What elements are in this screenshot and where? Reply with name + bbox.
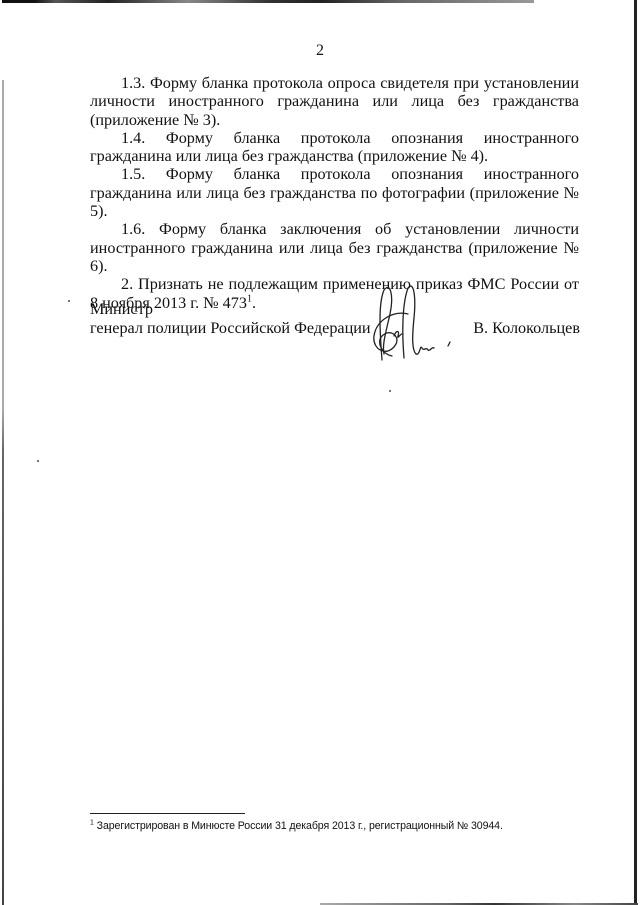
signature-block: Министр генерал полиции Российской Федер… [90,300,580,370]
scan-edge-top [2,0,534,3]
paragraph-1-5: 1.5. Форму бланка протокола опознания ин… [90,165,579,220]
scan-speck [68,300,70,302]
footnote-marker: 1 [90,819,94,826]
footnote-separator [90,813,245,814]
paragraph-1-4: 1.4. Форму бланка протокола опознания ин… [90,129,579,166]
document-body: 1.3. Форму бланка протокола опроса свиде… [90,74,579,312]
scan-speck [389,390,391,392]
signatory-organization: генерал полиции Российской Федерации [90,319,371,337]
signatory-title: Министр [90,300,153,318]
signature-scribble-icon [364,284,474,364]
signatory-name: В. Колокольцев [473,319,580,337]
paragraph-1-3: 1.3. Форму бланка протокола опроса свиде… [90,74,579,129]
footnote-text: Зарегистрирован в Минюсте России 31 дека… [97,820,503,832]
footnote: 1 Зарегистрирован в Минюсте России 31 де… [90,820,503,832]
page-number: 2 [0,42,640,60]
scan-edge-left [2,80,4,905]
scan-edge-right [634,0,637,905]
scan-speck [37,460,39,462]
paragraph-1-6: 1.6. Форму бланка заключения об установл… [90,220,579,275]
